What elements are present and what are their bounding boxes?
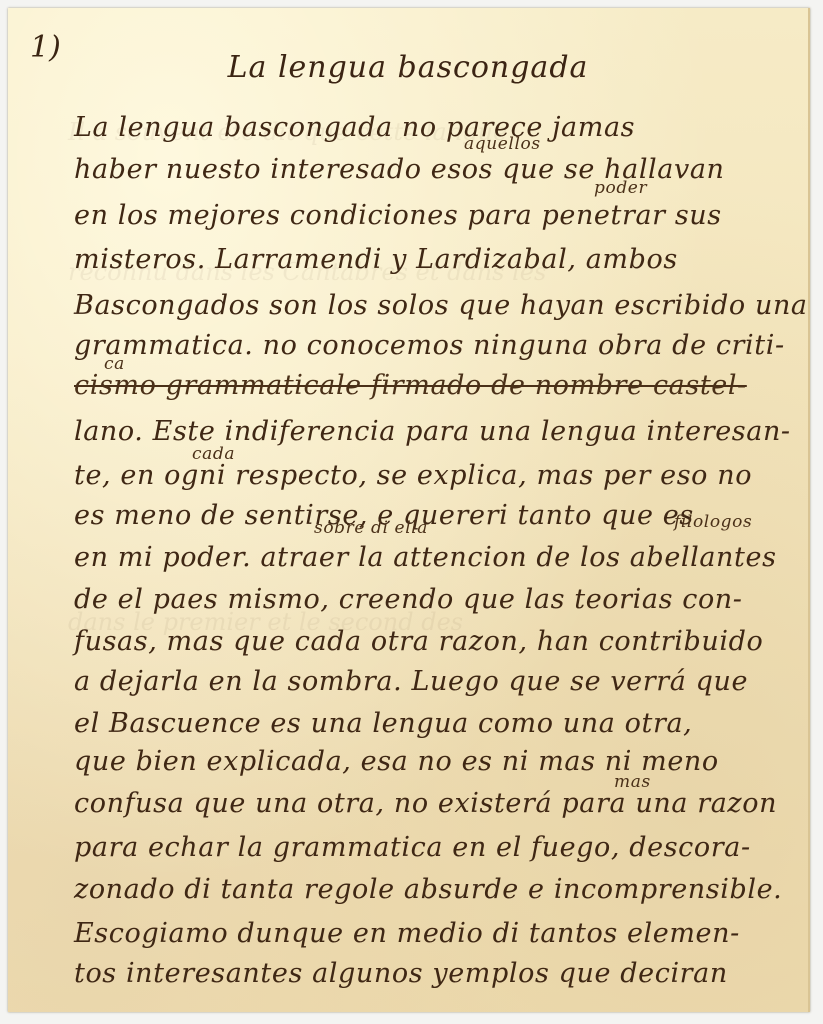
insertion-above: mas (614, 772, 651, 792)
manuscript-line: lano. Este indiferencia para una lengua … (74, 416, 778, 447)
manuscript-line: el Bascuence es una lengua como una otra… (74, 708, 778, 739)
page-title: La lengua bascongada (8, 50, 808, 85)
manuscript-line: a dejarla en la sombra. Luego que se ver… (74, 666, 778, 697)
manuscript-line: fusas, mas que cada otra razon, han cont… (74, 626, 778, 657)
manuscript-line: de el paes mismo, creendo que las teoria… (74, 584, 778, 615)
manuscript-line: ca cismo grammaticale firmado de nombre … (74, 370, 778, 401)
manuscript-line: que bien explicada, esa no es ni mas ni … (74, 746, 778, 777)
manuscript-line: Escogiamo dunque en medio di tantos elem… (74, 918, 778, 949)
manuscript-line: misteros. Larramendi y Lardizabal, ambos (74, 244, 778, 275)
manuscript-line: aquellos haber nuesto interesado esos qu… (74, 154, 778, 185)
manuscript-line: poder en los mejores condiciones para pe… (74, 200, 778, 231)
manuscript-line: tos interesantes algunos yemplos que dec… (74, 958, 778, 989)
manuscript-line: La lengua bascongada no parece jamas (74, 112, 778, 143)
manuscript-line: zonado di tanta regole absurde e incompr… (74, 874, 778, 905)
insertion-above: poder (594, 178, 647, 198)
manuscript-line: sobre di ella filologos en mi poder. atr… (74, 542, 778, 573)
insertion-above: ca (104, 354, 125, 374)
manuscript-line: para echar la grammatica en el fuego, de… (74, 832, 778, 863)
manuscript-line: Bascongados son los solos que hayan escr… (74, 290, 778, 321)
manuscript-line: cada te, en ogni respecto, se explica, m… (74, 460, 778, 491)
manuscript-page: Il a souvent été dit que cette langue re… (8, 8, 810, 1012)
manuscript-line: mas confusa que una otra, no existerá pa… (74, 788, 778, 819)
insertion-above: aquellos (464, 134, 541, 154)
insertion-above: sobre di ella (314, 518, 428, 538)
insertion-above: cada (192, 444, 235, 464)
manuscript-line: grammatica. no conocemos ninguna obra de… (74, 330, 778, 361)
insertion-above: filologos (674, 512, 752, 532)
